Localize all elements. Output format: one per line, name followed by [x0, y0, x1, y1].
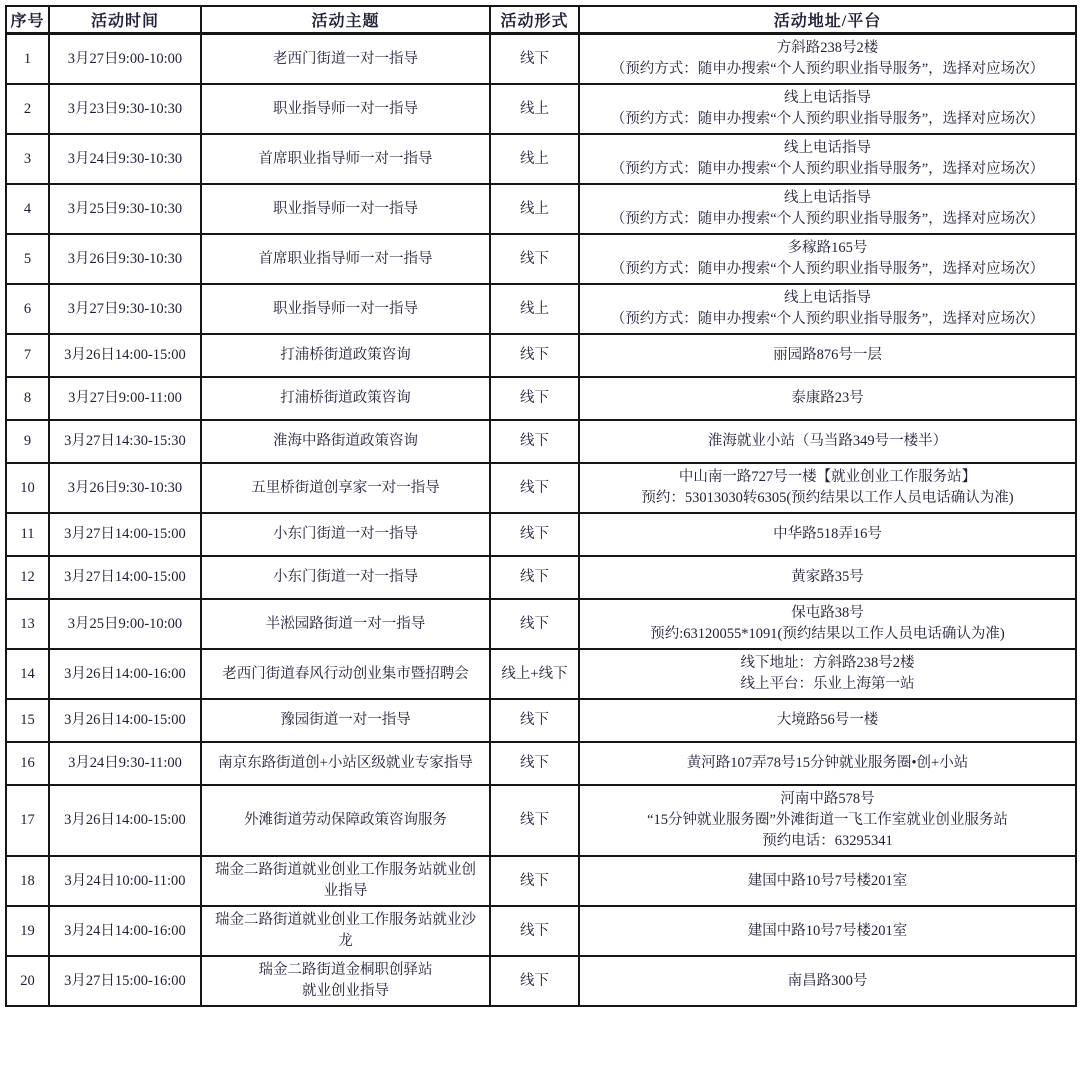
cell-activity-time: 3月24日9:30-10:30: [49, 134, 201, 184]
cell-activity-address: 南昌路300号: [579, 956, 1076, 1006]
table-row: 14 3月26日14:00-16:00 老西门街道春风行动创业集市暨招聘会 线上…: [6, 649, 1076, 699]
cell-activity-time: 3月25日9:00-10:00: [49, 599, 201, 649]
table-row: 19 3月24日14:00-16:00 瑞金二路街道就业创业工作服务站就业沙龙 …: [6, 906, 1076, 956]
cell-activity-address: 黄河路107弄78号15分钟就业服务圈•创+小站: [579, 742, 1076, 785]
cell-activity-format: 线下: [490, 463, 579, 513]
cell-activity-format: 线下: [490, 420, 579, 463]
cell-row-number: 3: [6, 134, 49, 184]
cell-row-number: 2: [6, 84, 49, 134]
cell-activity-address: 方斜路238号2楼 （预约方式：随申办搜索“个人预约职业指导服务”，选择对应场次…: [579, 34, 1076, 85]
header-cell-time: 活动时间: [49, 6, 201, 34]
cell-activity-theme: 小东门街道一对一指导: [201, 556, 490, 599]
cell-row-number: 8: [6, 377, 49, 420]
cell-activity-time: 3月23日9:30-10:30: [49, 84, 201, 134]
cell-activity-address: 多稼路165号 （预约方式：随申办搜索“个人预约职业指导服务”，选择对应场次）: [579, 234, 1076, 284]
cell-activity-address: 线下地址：方斜路238号2楼 线上平台：乐业上海第一站: [579, 649, 1076, 699]
cell-activity-format: 线下: [490, 699, 579, 742]
cell-activity-address: 丽园路876号一层: [579, 334, 1076, 377]
table-body: 1 3月27日9:00-10:00 老西门街道一对一指导 线下 方斜路238号2…: [6, 34, 1076, 1007]
cell-row-number: 13: [6, 599, 49, 649]
cell-activity-address: 泰康路23号: [579, 377, 1076, 420]
table-row: 15 3月26日14:00-15:00 豫园街道一对一指导 线下 大境路56号一…: [6, 699, 1076, 742]
cell-activity-time: 3月26日9:30-10:30: [49, 463, 201, 513]
cell-activity-time: 3月27日9:00-11:00: [49, 377, 201, 420]
cell-activity-time: 3月27日14:30-15:30: [49, 420, 201, 463]
activity-schedule-page: 序号 活动时间 活动主题 活动形式 活动地址/平台 1 3月27日9:00-10…: [0, 0, 1080, 1065]
header-row: 序号 活动时间 活动主题 活动形式 活动地址/平台: [6, 6, 1076, 34]
cell-activity-theme: 五里桥街道创享家一对一指导: [201, 463, 490, 513]
cell-activity-format: 线下: [490, 377, 579, 420]
cell-row-number: 14: [6, 649, 49, 699]
table-row: 13 3月25日9:00-10:00 半淞园路街道一对一指导 线下 保屯路38号…: [6, 599, 1076, 649]
cell-activity-theme: 打浦桥街道政策咨询: [201, 334, 490, 377]
table-row: 17 3月26日14:00-15:00 外滩街道劳动保障政策咨询服务 线下 河南…: [6, 785, 1076, 856]
cell-activity-time: 3月24日9:30-11:00: [49, 742, 201, 785]
cell-activity-format: 线下: [490, 334, 579, 377]
cell-activity-time: 3月24日10:00-11:00: [49, 856, 201, 906]
table-row: 6 3月27日9:30-10:30 职业指导师一对一指导 线上 线上电话指导 （…: [6, 284, 1076, 334]
cell-activity-time: 3月27日14:00-15:00: [49, 513, 201, 556]
cell-activity-time: 3月24日14:00-16:00: [49, 906, 201, 956]
table-row: 16 3月24日9:30-11:00 南京东路街道创+小站区级就业专家指导 线下…: [6, 742, 1076, 785]
cell-activity-format: 线上+线下: [490, 649, 579, 699]
cell-row-number: 5: [6, 234, 49, 284]
cell-activity-time: 3月26日14:00-15:00: [49, 699, 201, 742]
cell-activity-format: 线下: [490, 956, 579, 1006]
table-row: 5 3月26日9:30-10:30 首席职业指导师一对一指导 线下 多稼路165…: [6, 234, 1076, 284]
cell-activity-format: 线下: [490, 513, 579, 556]
cell-activity-theme: 打浦桥街道政策咨询: [201, 377, 490, 420]
cell-row-number: 12: [6, 556, 49, 599]
cell-activity-theme: 淮海中路街道政策咨询: [201, 420, 490, 463]
cell-activity-format: 线上: [490, 184, 579, 234]
cell-activity-address: 河南中路578号 “15分钟就业服务圈”外滩街道一飞工作室就业创业服务站 预约电…: [579, 785, 1076, 856]
cell-activity-theme: 豫园街道一对一指导: [201, 699, 490, 742]
cell-activity-time: 3月26日14:00-15:00: [49, 334, 201, 377]
table-row: 20 3月27日15:00-16:00 瑞金二路街道金桐职创驿站 就业创业指导 …: [6, 956, 1076, 1006]
cell-activity-theme: 老西门街道一对一指导: [201, 34, 490, 85]
table-row: 1 3月27日9:00-10:00 老西门街道一对一指导 线下 方斜路238号2…: [6, 34, 1076, 85]
table-row: 11 3月27日14:00-15:00 小东门街道一对一指导 线下 中华路518…: [6, 513, 1076, 556]
cell-activity-theme: 瑞金二路街道就业创业工作服务站就业沙龙: [201, 906, 490, 956]
cell-activity-format: 线下: [490, 34, 579, 85]
cell-activity-format: 线上: [490, 134, 579, 184]
cell-activity-format: 线上: [490, 84, 579, 134]
activity-schedule-table: 序号 活动时间 活动主题 活动形式 活动地址/平台 1 3月27日9:00-10…: [5, 5, 1077, 1007]
cell-activity-format: 线下: [490, 234, 579, 284]
cell-row-number: 16: [6, 742, 49, 785]
cell-activity-theme: 职业指导师一对一指导: [201, 84, 490, 134]
cell-activity-time: 3月26日9:30-10:30: [49, 234, 201, 284]
cell-activity-address: 黄家路35号: [579, 556, 1076, 599]
table-row: 18 3月24日10:00-11:00 瑞金二路街道就业创业工作服务站就业创业指…: [6, 856, 1076, 906]
cell-activity-address: 中华路518弄16号: [579, 513, 1076, 556]
cell-activity-theme: 瑞金二路街道就业创业工作服务站就业创业指导: [201, 856, 490, 906]
table-row: 12 3月27日14:00-15:00 小东门街道一对一指导 线下 黄家路35号: [6, 556, 1076, 599]
cell-activity-theme: 外滩街道劳动保障政策咨询服务: [201, 785, 490, 856]
cell-activity-theme: 职业指导师一对一指导: [201, 284, 490, 334]
cell-row-number: 20: [6, 956, 49, 1006]
cell-row-number: 11: [6, 513, 49, 556]
cell-row-number: 1: [6, 34, 49, 85]
cell-activity-address: 建国中路10号7号楼201室: [579, 856, 1076, 906]
cell-row-number: 10: [6, 463, 49, 513]
cell-activity-address: 大境路56号一楼: [579, 699, 1076, 742]
cell-activity-address: 中山南一路727号一楼【就业创业工作服务站】 预约：53013030转6305(…: [579, 463, 1076, 513]
header-cell-format: 活动形式: [490, 6, 579, 34]
cell-row-number: 17: [6, 785, 49, 856]
cell-activity-address: 线上电话指导 （预约方式：随申办搜索“个人预约职业指导服务”，选择对应场次）: [579, 84, 1076, 134]
header-cell-no: 序号: [6, 6, 49, 34]
cell-activity-address: 保屯路38号 预约:63120055*1091(预约结果以工作人员电话确认为准): [579, 599, 1076, 649]
cell-activity-time: 3月27日9:00-10:00: [49, 34, 201, 85]
cell-activity-theme: 首席职业指导师一对一指导: [201, 134, 490, 184]
table-row: 4 3月25日9:30-10:30 职业指导师一对一指导 线上 线上电话指导 （…: [6, 184, 1076, 234]
cell-activity-format: 线下: [490, 785, 579, 856]
table-row: 2 3月23日9:30-10:30 职业指导师一对一指导 线上 线上电话指导 （…: [6, 84, 1076, 134]
cell-activity-theme: 首席职业指导师一对一指导: [201, 234, 490, 284]
cell-activity-address: 建国中路10号7号楼201室: [579, 906, 1076, 956]
cell-activity-format: 线下: [490, 856, 579, 906]
cell-activity-format: 线下: [490, 906, 579, 956]
cell-activity-theme: 小东门街道一对一指导: [201, 513, 490, 556]
cell-activity-theme: 瑞金二路街道金桐职创驿站 就业创业指导: [201, 956, 490, 1006]
cell-activity-address: 淮海就业小站（马当路349号一楼半）: [579, 420, 1076, 463]
cell-activity-time: 3月26日14:00-15:00: [49, 785, 201, 856]
table-row: 10 3月26日9:30-10:30 五里桥街道创享家一对一指导 线下 中山南一…: [6, 463, 1076, 513]
cell-row-number: 7: [6, 334, 49, 377]
cell-activity-address: 线上电话指导 （预约方式：随申办搜索“个人预约职业指导服务”，选择对应场次）: [579, 134, 1076, 184]
cell-activity-time: 3月27日9:30-10:30: [49, 284, 201, 334]
cell-activity-format: 线下: [490, 599, 579, 649]
table-row: 9 3月27日14:30-15:30 淮海中路街道政策咨询 线下 淮海就业小站（…: [6, 420, 1076, 463]
cell-activity-time: 3月27日14:00-15:00: [49, 556, 201, 599]
cell-activity-format: 线下: [490, 742, 579, 785]
header-cell-address: 活动地址/平台: [579, 6, 1076, 34]
cell-activity-theme: 职业指导师一对一指导: [201, 184, 490, 234]
cell-activity-address: 线上电话指导 （预约方式：随申办搜索“个人预约职业指导服务”，选择对应场次）: [579, 184, 1076, 234]
cell-activity-time: 3月26日14:00-16:00: [49, 649, 201, 699]
cell-row-number: 18: [6, 856, 49, 906]
cell-activity-address: 线上电话指导 （预约方式：随申办搜索“个人预约职业指导服务”，选择对应场次）: [579, 284, 1076, 334]
table-row: 8 3月27日9:00-11:00 打浦桥街道政策咨询 线下 泰康路23号: [6, 377, 1076, 420]
cell-activity-format: 线下: [490, 556, 579, 599]
cell-activity-theme: 半淞园路街道一对一指导: [201, 599, 490, 649]
cell-activity-time: 3月25日9:30-10:30: [49, 184, 201, 234]
cell-activity-time: 3月27日15:00-16:00: [49, 956, 201, 1006]
cell-activity-format: 线上: [490, 284, 579, 334]
cell-activity-theme: 老西门街道春风行动创业集市暨招聘会: [201, 649, 490, 699]
cell-row-number: 15: [6, 699, 49, 742]
table-row: 3 3月24日9:30-10:30 首席职业指导师一对一指导 线上 线上电话指导…: [6, 134, 1076, 184]
cell-row-number: 4: [6, 184, 49, 234]
header-cell-theme: 活动主题: [201, 6, 490, 34]
cell-row-number: 19: [6, 906, 49, 956]
cell-activity-theme: 南京东路街道创+小站区级就业专家指导: [201, 742, 490, 785]
cell-row-number: 6: [6, 284, 49, 334]
table-row: 7 3月26日14:00-15:00 打浦桥街道政策咨询 线下 丽园路876号一…: [6, 334, 1076, 377]
cell-row-number: 9: [6, 420, 49, 463]
